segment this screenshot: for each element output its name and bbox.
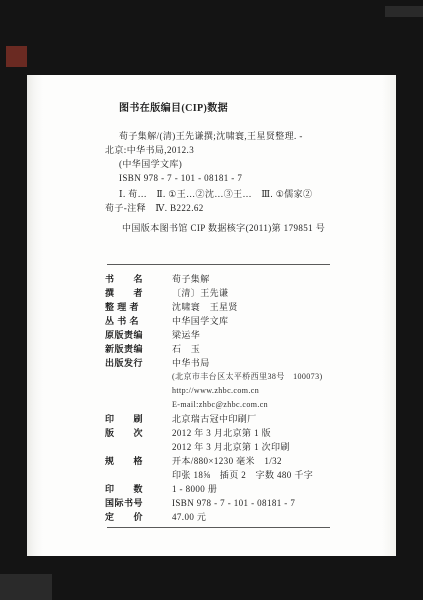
colophon-row-publisher-email: E-mail:zhbc@zhbc.com.cn (27, 398, 396, 412)
divider-bottom (107, 527, 330, 528)
row-value: 2012 年 3 月北京第 1 次印刷 (172, 440, 290, 454)
colophon-row-printing: 2012 年 3 月北京第 1 次印刷 (27, 440, 396, 454)
row-value: 印张 18⅝ 插页 2 字数 480 千字 (172, 468, 313, 482)
colophon-row-publisher-address: (北京市丰台区太平桥西里38号 100073) (27, 370, 396, 384)
row-value: (北京市丰台区太平桥西里38号 100073) (172, 370, 323, 384)
row-value: 〔清〕王先谦 (172, 286, 228, 300)
row-value: 北京瑞古冠中印刷厂 (172, 412, 257, 426)
cip-classification-line: 荀子-注释 Ⅳ. B222.62 (105, 201, 375, 215)
row-label: 国际书号 (105, 496, 143, 510)
copyright-page: 图书在版编目(CIP)数据 荀子集解/(清)王先谦撰;沈啸寰,王星贤整理. - … (27, 75, 396, 556)
divider-top (107, 264, 330, 265)
colophon-row-isbn: 国际书号 ISBN 978 - 7 - 101 - 08181 - 7 (27, 496, 396, 510)
row-value: 梁运华 (172, 328, 200, 342)
colophon-row-format: 规 格 开本/880×1230 毫米 1/32 (27, 454, 396, 468)
colophon-row-editors: 整 理 者 沈啸寰 王星贤 (27, 300, 396, 314)
cip-description-block: 荀子集解/(清)王先谦撰;沈啸寰,王星贤整理. - 北京:中华书局,2012.3… (105, 129, 355, 185)
cip-heading: 图书在版编目(CIP)数据 (119, 99, 228, 114)
colophon-row-title: 书 名 荀子集解 (27, 272, 396, 286)
colophon-row-publisher-website: http://www.zhbc.com.cn (27, 384, 396, 398)
row-label: 版 次 (105, 426, 143, 440)
cip-classification-line: Ⅰ. 荀… Ⅱ. ①王…②沈…③王… Ⅲ. ①儒家② (105, 187, 375, 201)
row-label: 规 格 (105, 454, 143, 468)
row-value: 1 - 8000 册 (172, 482, 217, 496)
cip-isbn-line: ISBN 978 - 7 - 101 - 08181 - 7 (105, 171, 355, 185)
cip-record-number: 中国版本图书馆 CIP 数据核字(2011)第 179851 号 (122, 221, 325, 234)
row-value: http://www.zhbc.com.cn (172, 384, 259, 398)
colophon-row-author: 撰 者 〔清〕王先谦 (27, 286, 396, 300)
row-label: 书 名 (105, 272, 143, 286)
cip-line: 荀子集解/(清)王先谦撰;沈啸寰,王星贤整理. - (105, 129, 355, 143)
book-copyright-page-photo: 图书在版编目(CIP)数据 荀子集解/(清)王先谦撰;沈啸寰,王星贤整理. - … (0, 0, 423, 600)
row-value: 中华国学文库 (172, 314, 228, 328)
row-value: 2012 年 3 月北京第 1 版 (172, 426, 271, 440)
row-label: 印 刷 (105, 412, 143, 426)
colophon-row-new-editor: 新版责编 石 玉 (27, 342, 396, 356)
colophon-row-original-editor: 原版责编 梁运华 (27, 328, 396, 342)
colophon-row-printer: 印 刷 北京瑞古冠中印刷厂 (27, 412, 396, 426)
background-highlight-bottom-left (0, 574, 52, 600)
row-label: 印 数 (105, 482, 143, 496)
row-value: 开本/880×1230 毫米 1/32 (172, 454, 282, 468)
background-highlight-top-right (385, 6, 423, 17)
row-label: 撰 者 (105, 286, 143, 300)
colophon-row-edition: 版 次 2012 年 3 月北京第 1 版 (27, 426, 396, 440)
colophon-row-sheets: 印张 18⅝ 插页 2 字数 480 千字 (27, 468, 396, 482)
row-value: 47.00 元 (172, 510, 206, 524)
row-label: 定 价 (105, 510, 143, 524)
cip-line: 北京:中华书局,2012.3 (105, 143, 355, 157)
colophon: 书 名 荀子集解 撰 者 〔清〕王先谦 整 理 者 沈啸寰 王星贤 丛 书 名 … (27, 272, 396, 524)
row-label: 整 理 者 (105, 300, 139, 314)
cip-line: (中华国学文库) (105, 157, 355, 171)
row-label: 原版责编 (105, 328, 143, 342)
colophon-row-price: 定 价 47.00 元 (27, 510, 396, 524)
row-value: ISBN 978 - 7 - 101 - 08181 - 7 (172, 496, 295, 510)
colophon-row-publisher: 出版发行 中华书局 (27, 356, 396, 370)
red-accent-square (6, 46, 27, 67)
row-label: 丛 书 名 (105, 314, 139, 328)
colophon-row-print-run: 印 数 1 - 8000 册 (27, 482, 396, 496)
cip-classification-block: Ⅰ. 荀… Ⅱ. ①王…②沈…③王… Ⅲ. ①儒家② 荀子-注释 Ⅳ. B222… (105, 187, 375, 215)
row-value: 石 玉 (172, 342, 200, 356)
row-value: 沈啸寰 王星贤 (172, 300, 238, 314)
colophon-row-series: 丛 书 名 中华国学文库 (27, 314, 396, 328)
row-value: E-mail:zhbc@zhbc.com.cn (172, 398, 268, 412)
row-value: 荀子集解 (172, 272, 210, 286)
row-label: 出版发行 (105, 356, 143, 370)
row-label: 新版责编 (105, 342, 143, 356)
row-value: 中华书局 (172, 356, 210, 370)
